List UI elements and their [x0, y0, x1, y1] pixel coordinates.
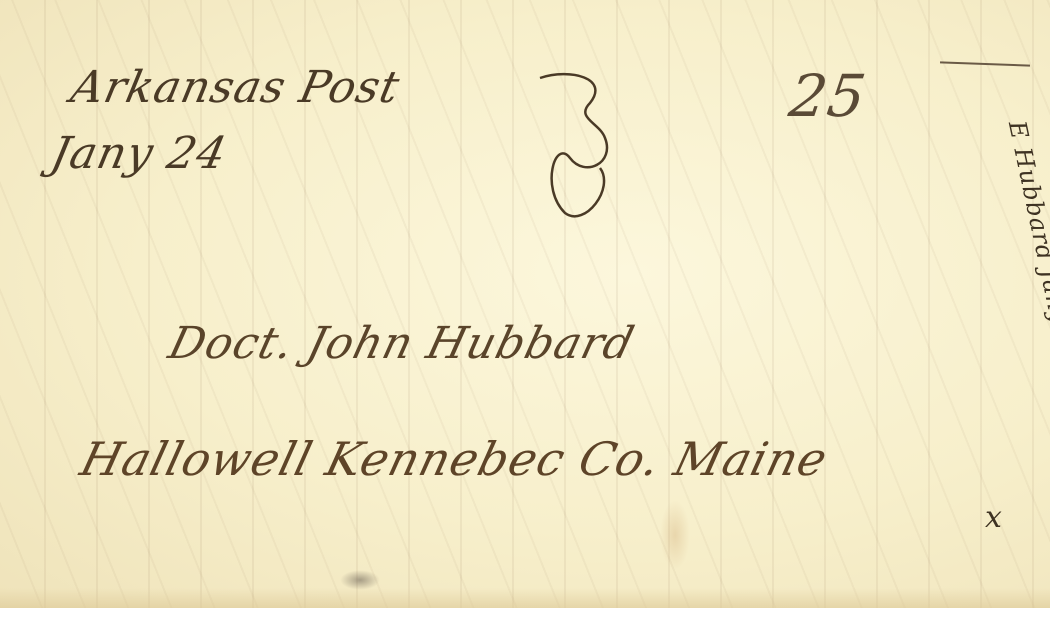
ink-stain — [340, 570, 380, 590]
letter-cover: Arkansas Post Jany 24 25 E Hubbard Jany … — [0, 0, 1050, 608]
brace-flourish-icon — [530, 68, 620, 218]
postage-rate: 25 — [785, 62, 870, 130]
addressee-name: Doct. John Hubbard — [164, 318, 640, 369]
postmark-date: Jany 24 — [47, 128, 232, 179]
addressee-location: Hallowell Kennebec Co. Maine — [75, 432, 833, 486]
docket-note: E Hubbard Jany 1839 — [1003, 118, 1050, 399]
origin-postmark: Arkansas Post — [67, 62, 405, 113]
rate-underline — [940, 61, 1030, 66]
foxing-stain — [660, 500, 690, 570]
cross-mark: x — [985, 500, 1003, 535]
